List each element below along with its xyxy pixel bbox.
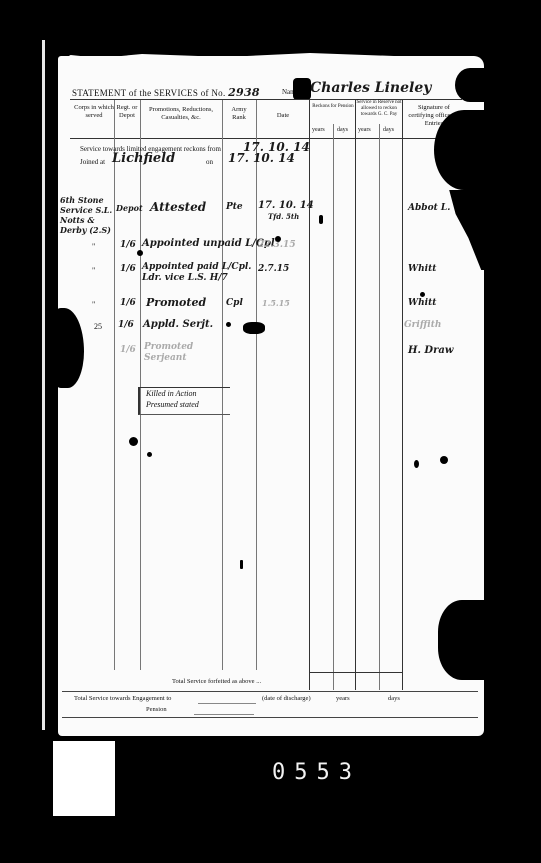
ink-spot bbox=[275, 236, 281, 242]
ink-spot bbox=[420, 292, 425, 297]
torn-edge-right bbox=[438, 600, 498, 680]
entry-regt: Depot bbox=[116, 203, 143, 213]
entry-rank: Pte bbox=[226, 202, 243, 212]
entry-signature: Whitt bbox=[408, 264, 436, 274]
entry-corps: 25 bbox=[94, 322, 102, 331]
header-top-rule bbox=[70, 99, 462, 100]
ink-blot bbox=[243, 322, 265, 334]
fill-line bbox=[198, 703, 256, 704]
torn-edge-right bbox=[434, 110, 494, 190]
entry-corps: " bbox=[92, 266, 95, 275]
totals-rule bbox=[310, 672, 402, 673]
entry-regt: 1/6 bbox=[120, 298, 136, 308]
entry-promotion: Appointed paid L/Cpl. Ldr. vice L.S. H/7 bbox=[142, 262, 257, 284]
ink-blot bbox=[293, 78, 311, 100]
col-header-promotions: Promotions, Reductions, Casualties, &c. bbox=[141, 106, 221, 122]
col-header-regt: Regt. or Depot bbox=[115, 104, 139, 120]
header-bottom-rule bbox=[70, 138, 462, 139]
ink-spot bbox=[147, 452, 152, 457]
discharge-label: (date of discharge) bbox=[262, 695, 311, 702]
entry-promotion: Promoted Serjeant bbox=[144, 342, 214, 364]
col-header-date: Date bbox=[258, 112, 308, 120]
col-rule bbox=[256, 100, 257, 670]
col-rule bbox=[402, 100, 403, 690]
torn-corner bbox=[455, 68, 485, 102]
entry-promotion: Promoted bbox=[146, 296, 206, 309]
col-rule bbox=[114, 100, 115, 670]
entry-signature: Whitt bbox=[408, 298, 436, 308]
soldier-name: Charles Lineley bbox=[310, 80, 431, 96]
years-label: years bbox=[336, 695, 350, 702]
service-number: 2938 bbox=[228, 86, 260, 99]
col-header-corps: Corps in which served bbox=[74, 104, 114, 120]
entry-regt: 1/6 bbox=[120, 264, 136, 274]
entry-corps: 6th Stone Service S.L. Notts & Derby (2.… bbox=[60, 195, 116, 235]
entry-signature: H. Draw bbox=[408, 345, 453, 356]
gcpay-years: years bbox=[358, 126, 371, 134]
col-rule bbox=[379, 124, 380, 690]
joined-at-label: Joined at bbox=[80, 158, 105, 166]
entry-promotion: Attested bbox=[150, 200, 206, 214]
entry-date: 17. 10. 14 bbox=[258, 200, 314, 211]
entry-date: 1.5.15 bbox=[262, 298, 290, 308]
entry-corps: " bbox=[92, 242, 95, 251]
film-spine bbox=[42, 40, 45, 730]
footer-rule bbox=[62, 717, 478, 718]
entry-date: 2.7.15 bbox=[258, 264, 289, 274]
entry-corps: " bbox=[92, 300, 95, 309]
col-rule bbox=[309, 100, 310, 690]
ink-spot bbox=[414, 460, 419, 468]
entry-promotion: Appld. Serjt. bbox=[143, 319, 213, 330]
col-header-rank: Army Rank bbox=[224, 106, 254, 122]
entry-promotion: Appointed unpaid L/Cpl bbox=[142, 238, 275, 249]
ink-spot bbox=[137, 250, 143, 256]
entry-signature: Griffith bbox=[404, 320, 441, 330]
col-rule bbox=[140, 100, 141, 670]
col-header-gcpay: Service in Reserve not allowed to reckon… bbox=[356, 100, 402, 118]
ink-spot bbox=[240, 560, 243, 569]
pension-label: Pension bbox=[146, 706, 167, 713]
col-rule bbox=[222, 100, 223, 670]
entry-regt: 1/6 bbox=[118, 320, 134, 330]
entry-regt: 1/6 bbox=[120, 240, 136, 250]
gcpay-days: days bbox=[383, 126, 394, 134]
forfeited-label: Total Service forfeited as above ... bbox=[172, 678, 261, 685]
col-header-pension: Reckons for Pension bbox=[312, 104, 354, 110]
ink-spot bbox=[226, 322, 231, 327]
entry-regt: 1/6 bbox=[120, 345, 136, 355]
stamp-line-2: Presumed stated bbox=[146, 399, 230, 410]
footer-rule bbox=[62, 691, 478, 692]
killed-in-action-stamp: Killed in Action Presumed stated bbox=[138, 387, 230, 415]
pension-years: years bbox=[312, 126, 325, 134]
col-rule bbox=[355, 100, 356, 690]
entry-signature: Abbot L. bbox=[408, 203, 450, 213]
days-label: days bbox=[388, 695, 400, 702]
pension-days: days bbox=[337, 126, 348, 134]
col-rule bbox=[333, 124, 334, 690]
entry-date-note: Tfd. 5th bbox=[268, 212, 299, 221]
ink-spot bbox=[440, 456, 448, 464]
towards-engagement-label: Total Service towards Engagement to bbox=[74, 695, 171, 702]
fill-line bbox=[194, 714, 254, 715]
calibration-patch bbox=[53, 741, 115, 816]
joined-on-label: on bbox=[206, 158, 213, 166]
entry-rank: Cpl bbox=[226, 298, 243, 308]
frame-counter: 0553 bbox=[272, 760, 361, 785]
ink-spot bbox=[319, 215, 323, 224]
joined-at-place: Lichfield bbox=[112, 151, 175, 166]
form-title: STATEMENT of the SERVICES of No. 2938 bbox=[72, 86, 260, 99]
ink-spot bbox=[129, 437, 138, 446]
joined-on-date: 17. 10. 14 bbox=[228, 151, 295, 165]
stamp-line-1: Killed in Action bbox=[146, 388, 230, 399]
title-prefix: STATEMENT of the SERVICES of No. bbox=[72, 88, 226, 98]
torn-edge bbox=[58, 52, 478, 62]
